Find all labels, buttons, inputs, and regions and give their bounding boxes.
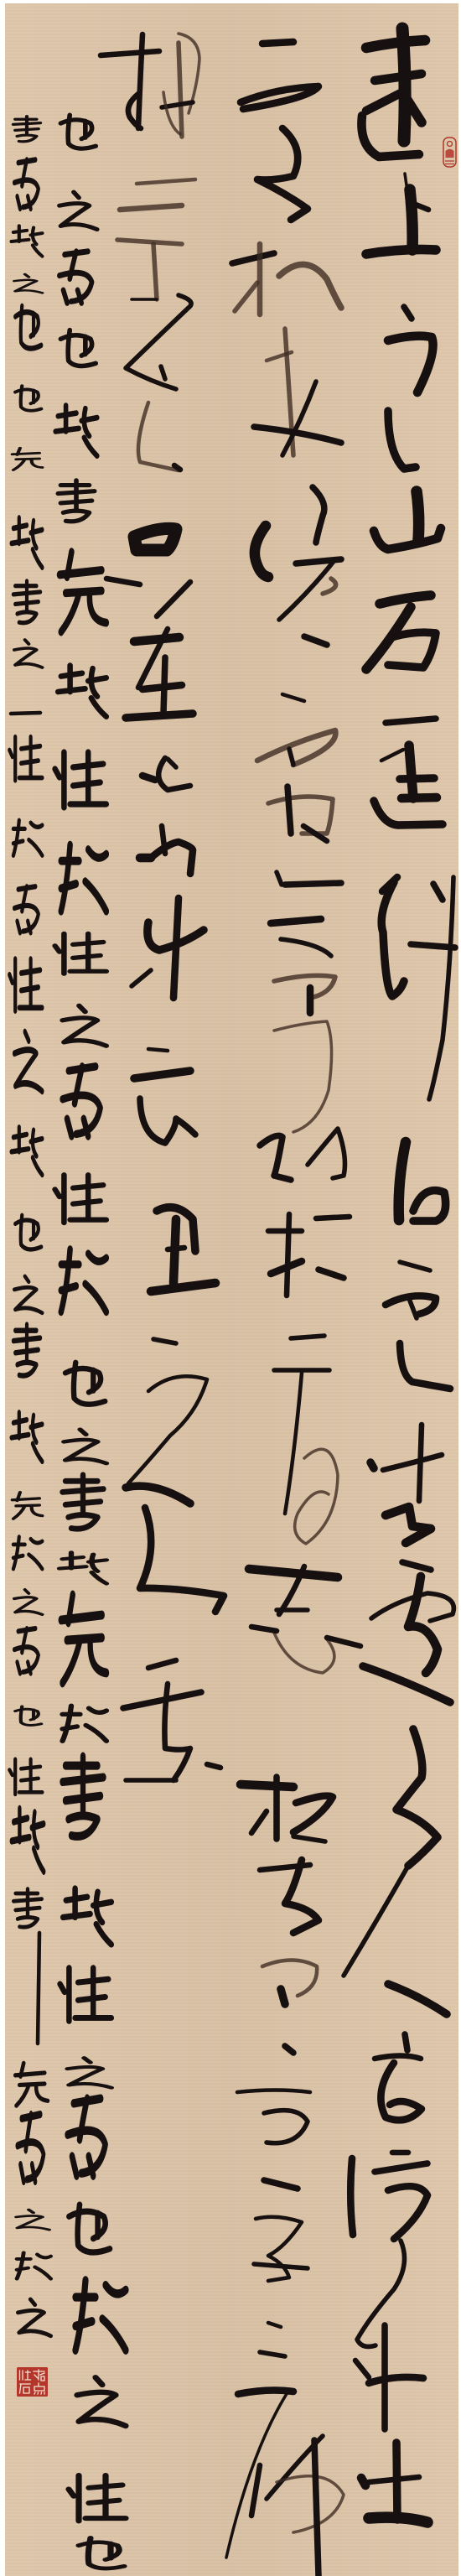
- inscription-column-2-text: 中郎語我此書也下提筆一任自然佳之法也妙矣錄古詩二首以應雅正年吉居士記之: [7, 115, 49, 2340]
- seal-top-right-text: [443, 138, 456, 167]
- inscription-column-1-text: 書者散也欲書先散懷抱任情恣性然後書之若迫於事雖中山兔豪不能佳也: [52, 109, 119, 2576]
- main-column-2-text: 愛楓林晚霜葉紅於二月花松下問童子言師: [230, 42, 348, 2574]
- seal-bottom-left-text: 和点杜笠: [17, 2367, 48, 2397]
- main-column-1-text: 遠上寒山石徑斜白雲生處有人家停車坐: [360, 29, 453, 2536]
- main-column-3-text: 採藥去只在此山中雲深不知處: [117, 30, 222, 1803]
- calligraphy-scroll: 遠上寒山石徑斜白雲生處有人家停車坐 愛楓林晚霜葉紅於二月花松下問童子言師 採藥去…: [0, 0, 461, 2576]
